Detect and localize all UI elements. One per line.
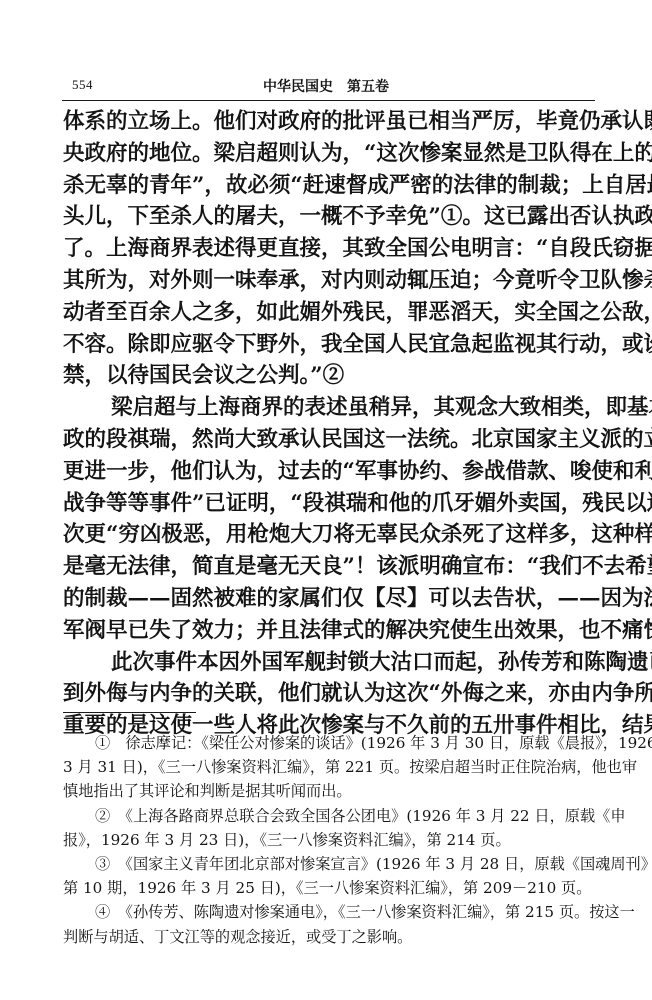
text-line: 梁启超与上海商界的表述虽稍异，其观念大致相类，即基本否定执 — [63, 392, 595, 424]
paragraph: 此次事件本因外国军舰封锁大沽口而起，孙传芳和陈陶遗已注意 到外侮与内争的关联，他… — [63, 647, 595, 742]
footnote-line: ④ 《孙传芳、陈陶遗对惨案通电》，《三一八惨案资料汇编》，第 215 页。按这一 — [63, 900, 595, 924]
footnote-line: 慎地指出了其评论和判断是据其听闻而出。 — [63, 779, 595, 803]
footnote-4: ④ 《孙传芳、陈陶遗对惨案通电》，《三一八惨案资料汇编》，第 215 页。按这一… — [63, 900, 595, 948]
paragraph: 体系的立场上。他们对政府的批评虽已相当严厉，毕竟仍承认既存中 央政府的地位。梁启… — [63, 106, 595, 392]
paragraph: 梁启超与上海商界的表述虽稍异，其观念大致相类，即基本否定执 政的段祺瑞，然尚大致… — [63, 392, 595, 646]
footnote-line: ③ 《国家主义青年团北京部对惨案宣言》(1926 年 3 月 28 日，原载《国… — [63, 852, 595, 876]
text-line: 更进一步，他们认为，过去的“军事协约、参战借款、唆使和利用国奉的 — [63, 456, 595, 488]
text-line: 次更“穷凶极恶，用枪炮大刀将无辜民众杀死了这样多，这种样人不但 — [63, 519, 595, 551]
text-line: 动者至百余人之多，如此媚外残民，罪恶滔天，实全国之公敌，亦法律所 — [63, 297, 595, 329]
footnote-line: 判断与胡适、丁文江等的观念接近，或受丁之影响。 — [63, 925, 595, 949]
text-line: 战争等等事件”已证明，“段祺瑞和他的爪牙媚外卖国，残民以逞”。此 — [63, 488, 595, 520]
footnote-line: 第 10 期，1926 年 3 月 25 日)，《三一八惨案资料汇编》，第 20… — [63, 876, 595, 900]
body-text: 体系的立场上。他们对政府的批评虽已相当严厉，毕竟仍承认既存中 央政府的地位。梁启… — [63, 106, 595, 742]
text-line: 禁，以待国民会议之公判。”② — [63, 360, 595, 392]
text-line: 了。上海商界表述得更直接，其致全国公电明言：“自段氏窃据首都，述 — [63, 233, 595, 265]
footnote-line: ① 徐志摩记：《梁任公对惨案的谈话》(1926 年 3 月 30 日，原载《晨报… — [63, 731, 595, 755]
header-rule — [62, 100, 595, 101]
text-line: 到外侮与内争的关联，他们就认为这次“外侮之来，亦由内争所召”④。 — [63, 678, 595, 710]
running-title: 中华民国史 第五卷 — [0, 76, 652, 96]
text-line: 此次事件本因外国军舰封锁大沽口而起，孙传芳和陈陶遗已注意 — [63, 647, 595, 679]
text-line: 其所为，对外则一味奉承，对内则动辄压迫；今竟听令卫队惨杀爱国运 — [63, 265, 595, 297]
text-line: 政的段祺瑞，然尚大致承认民国这一法统。北京国家主义派的立场则 — [63, 424, 595, 456]
footnote-line: ② 《上海各路商界总联合会致全国各公团电》(1926 年 3 月 22 日，原载… — [63, 804, 595, 828]
footnote-line: 3 月 31 日)，《三一八惨案资料汇编》，第 221 页。按梁启超当时正住院治… — [63, 755, 595, 779]
footnote-line: 报》，1926 年 3 月 23 日)，《三一八惨案资料汇编》，第 214 页。 — [63, 828, 595, 852]
text-line: 头儿，下至杀人的屠夫，一概不予幸免”①。这已露出否认执政府之意 — [63, 201, 595, 233]
footnote-rule — [63, 712, 196, 713]
text-line: 是毫无法律，简直是毫无天良”！该派明确宣布：“我们不去希望法律式 — [63, 551, 595, 583]
text-line: 体系的立场上。他们对政府的批评虽已相当严厉，毕竟仍承认既存中 — [63, 106, 595, 138]
footnotes: ① 徐志摩记：《梁任公对惨案的谈话》(1926 年 3 月 30 日，原载《晨报… — [63, 731, 595, 949]
footnote-1: ① 徐志摩记：《梁任公对惨案的谈话》(1926 年 3 月 30 日，原载《晨报… — [63, 731, 595, 804]
text-line: 军阀早已失了效力；并且法律式的解决究使生出效果，也不痛快。”③ — [63, 615, 595, 647]
text-line: 央政府的地位。梁启超则认为，“这次惨案显然是卫队得在上的指使惨 — [63, 138, 595, 170]
footnote-2: ② 《上海各路商界总联合会致全国各公团电》(1926 年 3 月 22 日，原载… — [63, 804, 595, 852]
text-line: 不容。除即应驱令下野外，我全国人民宜急起监视其行动，或设法拘 — [63, 329, 595, 361]
text-line: 杀无辜的青年”，故必须“赶速督成严密的法律的制裁；上自居最高位的 — [63, 170, 595, 202]
text-line: 的制裁——固然被难的家属们仅【尽】可以去告状，——因为法律对于 — [63, 583, 595, 615]
footnote-3: ③ 《国家主义青年团北京部对惨案宣言》(1926 年 3 月 28 日，原载《国… — [63, 852, 595, 900]
